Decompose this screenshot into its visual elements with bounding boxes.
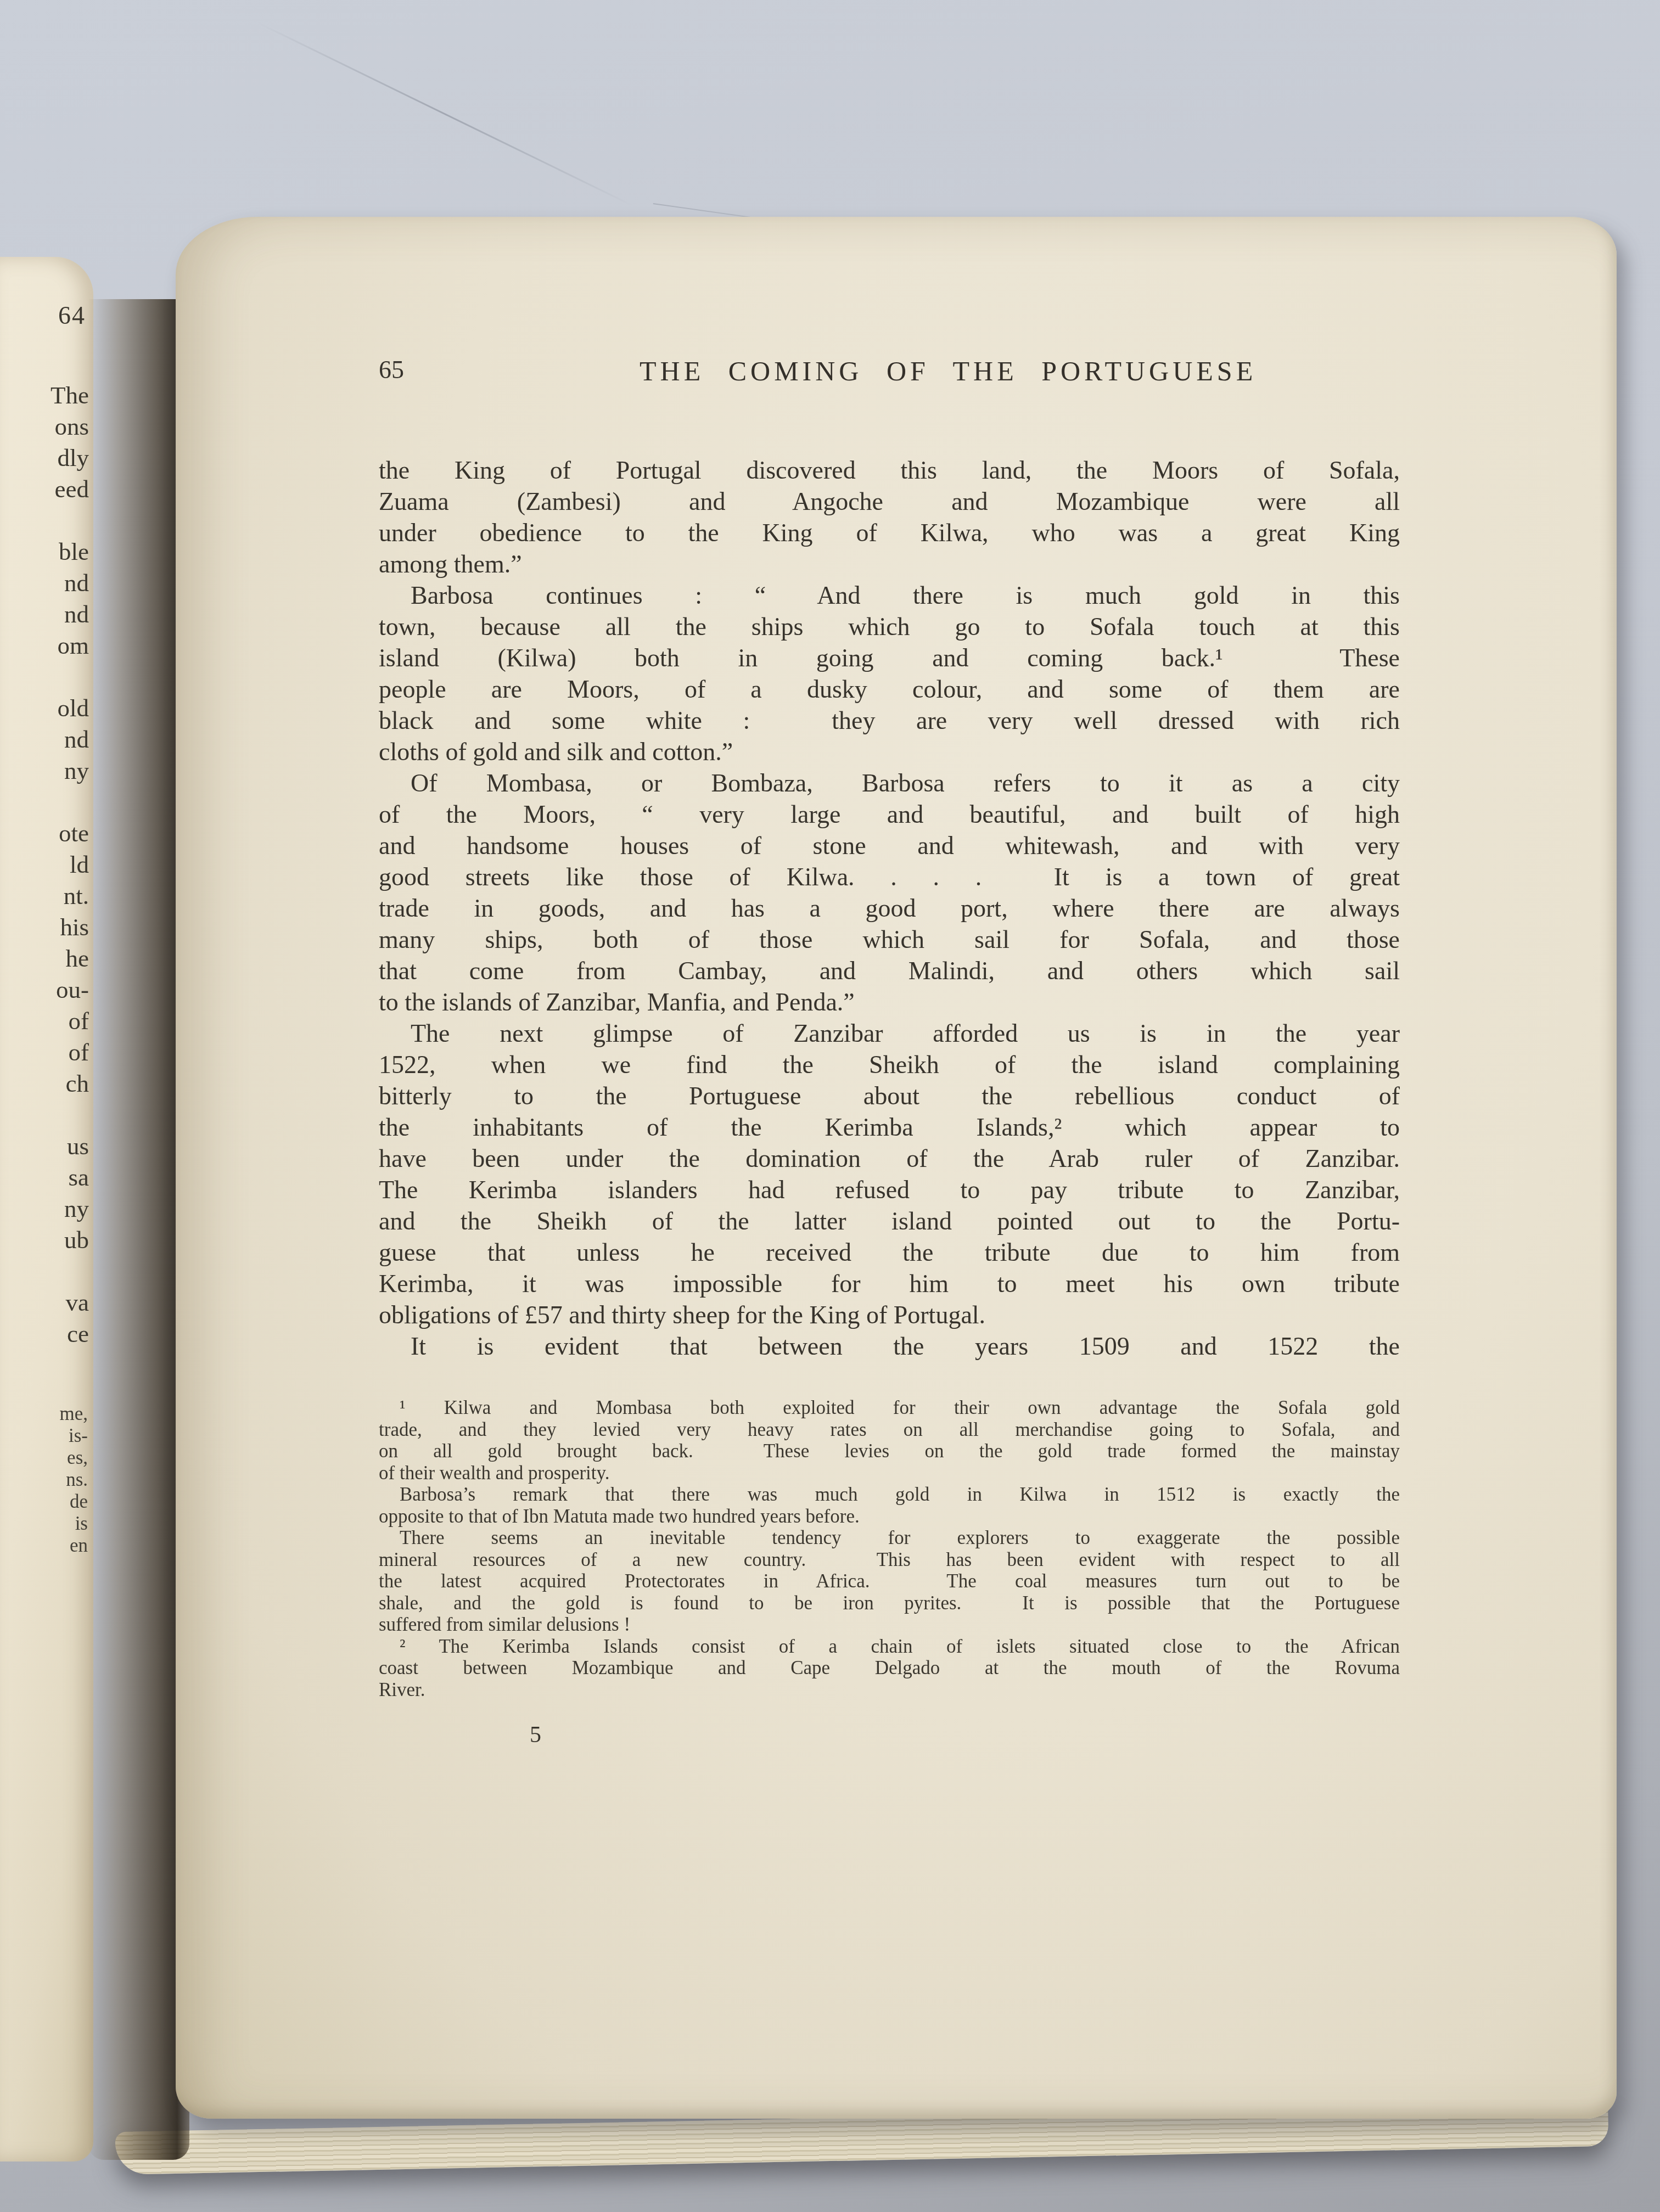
footnote-line: There seems an inevitable tendency for e… bbox=[379, 1527, 1400, 1549]
left-line-fragment: he bbox=[51, 943, 89, 974]
left-line-fragment: nd bbox=[51, 724, 89, 755]
text-line: Barbosa continues : “ And there is much … bbox=[379, 580, 1400, 611]
text-line: and the Sheikh of the latter island poin… bbox=[379, 1205, 1400, 1237]
text-line: guese that unless he received the tribut… bbox=[379, 1237, 1400, 1268]
left-line-fragment: va bbox=[51, 1287, 89, 1318]
text-line: Of Mombasa, or Bombaza, Barbosa refers t… bbox=[379, 767, 1400, 799]
left-line-fragment: ou- bbox=[51, 974, 89, 1006]
text-line: obligations of £57 and thirty sheep for … bbox=[379, 1299, 1400, 1330]
text-line: The Kerimba islanders had refused to pay… bbox=[379, 1174, 1400, 1205]
right-page-65: 65 THE COMING OF THE PORTUGUESE the King… bbox=[176, 217, 1617, 2119]
left-page-footnote-fragments: me,is-es,ns.deisen bbox=[59, 1403, 88, 1557]
left-line-fragment bbox=[51, 505, 89, 536]
footnote-line: of their wealth and prosperity. bbox=[379, 1462, 1400, 1484]
left-line-fragment bbox=[51, 787, 89, 818]
running-header: THE COMING OF THE PORTUGUESE bbox=[640, 355, 1257, 387]
text-line: many ships, both of those which sail for… bbox=[379, 924, 1400, 955]
footnote-line: ² The Kerimba Islands consist of a chain… bbox=[379, 1636, 1400, 1658]
left-line-fragment: of bbox=[51, 1006, 89, 1037]
left-footnote-fragment: me, bbox=[59, 1403, 88, 1425]
footnote-line: shale, and the gold is found to be iron … bbox=[379, 1592, 1400, 1614]
text-line: and handsome houses of stone and whitewa… bbox=[379, 830, 1400, 861]
left-page-number: 64 bbox=[58, 301, 86, 330]
left-line-fragment bbox=[51, 661, 89, 693]
left-line-fragment: nd bbox=[51, 599, 89, 630]
book-photo: 64 Theonsdlyeedblendndomoldndnyoteldnt.h… bbox=[0, 0, 1660, 2212]
text-line: good streets like those of Kilwa. . . . … bbox=[379, 861, 1400, 892]
text-line: have been under the domination of the Ar… bbox=[379, 1143, 1400, 1174]
main-text-block: the King of Portugal discovered this lan… bbox=[379, 454, 1400, 1362]
left-footnote-fragment: de bbox=[59, 1491, 88, 1513]
text-line: to the islands of Zanzibar, Manfia, and … bbox=[379, 986, 1400, 1018]
text-line: The next glimpse of Zanzibar afforded us… bbox=[379, 1018, 1400, 1049]
left-line-fragment: old bbox=[51, 693, 89, 724]
footnote-line: mineral resources of a new country. This… bbox=[379, 1549, 1400, 1571]
text-line: bitterly to the Portuguese about the reb… bbox=[379, 1080, 1400, 1111]
left-line-fragment: eed bbox=[51, 474, 89, 505]
left-line-fragment: ons bbox=[51, 411, 89, 442]
text-line: Kerimba, it was impossible for him to me… bbox=[379, 1268, 1400, 1299]
footnote-line: trade, and they levied very heavy rates … bbox=[379, 1419, 1400, 1441]
footnote-line: on all gold brought back. These levies o… bbox=[379, 1440, 1400, 1462]
footnote-line: the latest acquired Protectorates in Afr… bbox=[379, 1570, 1400, 1592]
text-line: under obedience to the King of Kilwa, wh… bbox=[379, 517, 1400, 548]
text-line: town, because all the ships which go to … bbox=[379, 611, 1400, 642]
left-page-64: 64 Theonsdlyeedblendndomoldndnyoteldnt.h… bbox=[0, 257, 93, 2162]
text-line: Zuama (Zambesi) and Angoche and Mozambiq… bbox=[379, 486, 1400, 517]
footnotes-block: ¹ Kilwa and Mombasa both exploited for t… bbox=[379, 1397, 1400, 1700]
left-line-fragment: ble bbox=[51, 536, 89, 568]
text-line: the King of Portugal discovered this lan… bbox=[379, 454, 1400, 486]
left-line-fragment: ub bbox=[51, 1225, 89, 1256]
left-footnote-fragment: es, bbox=[59, 1447, 88, 1469]
left-line-fragment: ce bbox=[51, 1318, 89, 1350]
text-line: island (Kilwa) both in going and coming … bbox=[379, 642, 1400, 673]
left-line-fragment: ny bbox=[51, 755, 89, 787]
left-page-line-fragments: Theonsdlyeedblendndomoldndnyoteldnt.hish… bbox=[51, 380, 89, 1350]
left-line-fragment: ote bbox=[51, 818, 89, 849]
left-line-fragment: The bbox=[51, 380, 89, 411]
text-line: that come from Cambay, and Malindi, and … bbox=[379, 955, 1400, 986]
text-line: It is evident that between the years 150… bbox=[379, 1330, 1400, 1362]
text-line: the inhabitants of the Kerimba Islands,²… bbox=[379, 1111, 1400, 1143]
left-footnote-fragment: en bbox=[59, 1535, 88, 1557]
left-line-fragment bbox=[51, 1256, 89, 1287]
signature-mark: 5 bbox=[530, 1722, 541, 1748]
left-line-fragment: om bbox=[51, 630, 89, 661]
left-line-fragment: nt. bbox=[51, 880, 89, 912]
text-line: among them.” bbox=[379, 548, 1400, 580]
footnote-line: coast between Mozambique and Cape Delgad… bbox=[379, 1657, 1400, 1679]
left-line-fragment: nd bbox=[51, 568, 89, 599]
footnote-line: opposite to that of Ibn Matuta made two … bbox=[379, 1506, 1400, 1528]
text-line: cloths of gold and silk and cotton.” bbox=[379, 736, 1400, 767]
left-footnote-fragment: ns. bbox=[59, 1469, 88, 1491]
footnote-line: River. bbox=[379, 1679, 1400, 1701]
left-line-fragment: us bbox=[51, 1131, 89, 1162]
text-line: 1522, when we find the Sheikh of the isl… bbox=[379, 1049, 1400, 1080]
footnote-line: suffered from similar delusions ! bbox=[379, 1614, 1400, 1636]
left-footnote-fragment: is- bbox=[59, 1425, 88, 1447]
footnote-line: ¹ Kilwa and Mombasa both exploited for t… bbox=[379, 1397, 1400, 1419]
left-line-fragment: of bbox=[51, 1037, 89, 1068]
left-footnote-fragment: is bbox=[59, 1513, 88, 1535]
footnote-line: Barbosa’s remark that there was much gol… bbox=[379, 1484, 1400, 1506]
left-line-fragment: dly bbox=[51, 442, 89, 474]
text-line: black and some white : they are very wel… bbox=[379, 705, 1400, 736]
left-line-fragment bbox=[51, 1099, 89, 1131]
backdrop-crease bbox=[257, 22, 633, 206]
text-line: of the Moors, “ very large and beautiful… bbox=[379, 799, 1400, 830]
page-number: 65 bbox=[379, 355, 404, 384]
book-gutter-shadow bbox=[88, 299, 189, 2160]
left-line-fragment: ld bbox=[51, 849, 89, 880]
left-line-fragment: sa bbox=[51, 1162, 89, 1193]
text-line: people are Moors, of a dusky colour, and… bbox=[379, 673, 1400, 705]
text-line: trade in goods, and has a good port, whe… bbox=[379, 892, 1400, 924]
left-line-fragment: ch bbox=[51, 1068, 89, 1099]
left-line-fragment: ny bbox=[51, 1193, 89, 1225]
left-line-fragment: his bbox=[51, 912, 89, 943]
